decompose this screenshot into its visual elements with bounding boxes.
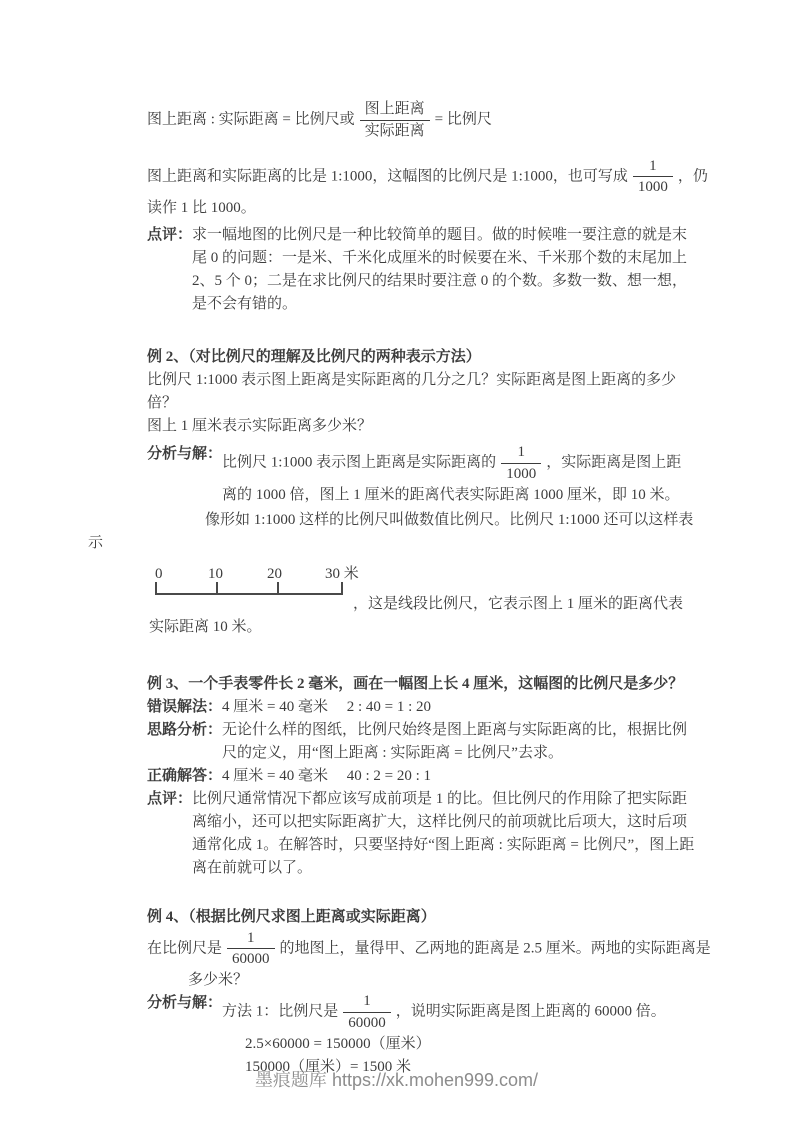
linear-scale-figure: 0 10 20 30 米 ，这是线段比例尺，它表示图上 1 厘米的距离代表 实际… [147, 563, 695, 639]
fraction-denominator: 60000 [343, 1013, 391, 1033]
example3-correct-block: 正确解答： 4 厘米 = 40 毫米 40 : 2 = 20 : 1 [147, 765, 695, 788]
ruler-caption-below: 实际距离 10 米。 [149, 616, 262, 639]
comment-block-1: 点评： 求一幅地图的比例尺是一种比较简单的题目。做的时候唯一要注意的就是末尾 0… [147, 224, 695, 316]
analysis-fraction: 160000 [343, 992, 391, 1033]
calculation-line-1: 2.5×60000 = 150000（厘米） [245, 1033, 695, 1056]
analysis-text: 方法 1：比例尺是160000，说明实际距离是图上距离的 60000 倍。 [222, 992, 695, 1033]
fraction-denominator: 实际距离 [360, 121, 430, 141]
analysis-label: 分析与解： [147, 992, 222, 1015]
analysis-text-before: 方法 1：比例尺是 [222, 1004, 338, 1020]
analysis-text: 比例尺 1:1000 表示图上距离是实际距离的11000，实际距离是图上距离的 … [222, 443, 695, 507]
comment-text: 比例尺通常情况下都应该写成前项是 1 的比。但比例尺的作用除了把实际距离缩小，还… [192, 788, 695, 880]
comment-label: 点评： [147, 788, 192, 811]
thinking-label: 思路分析： [147, 719, 222, 742]
question-fraction: 160000 [227, 929, 275, 970]
intro-line1: 图上距离和实际距离的比是 1:1000，这幅图的比例尺是 1:1000，也可写成… [147, 157, 695, 198]
example2-analysis-block: 分析与解： 比例尺 1:1000 表示图上距离是实际距离的11000，实际距离是… [147, 443, 695, 507]
ruler-baseline [155, 584, 343, 595]
scale-formula-line: 图上距离 : 实际距离 = 比例尺或图上距离实际距离= 比例尺 [147, 100, 695, 141]
formula-fraction: 图上距离实际距离 [360, 100, 430, 141]
fraction-denominator: 1000 [501, 464, 541, 484]
ruler-label-20: 20 [267, 563, 282, 586]
example3-wrong-block: 错误解法： 4 厘米 = 40 毫米 2 : 40 = 1 : 20 [147, 696, 695, 719]
ruler-tick [277, 582, 279, 593]
example4-question-line2: 多少米？ [188, 969, 695, 992]
thinking-text: 无论什么样的图纸，比例尺始终是图上距离与实际距离的比，根据比例尺的定义，用“图上… [222, 719, 695, 765]
example2-question-line2: 图上 1 厘米表示实际距离多少米？ [147, 415, 695, 438]
ruler-tick [155, 582, 157, 593]
analysis-text-after: ，说明实际距离是图上距离的 60000 倍。 [396, 1004, 666, 1020]
comment-label: 点评： [147, 224, 192, 247]
analysis-fraction: 11000 [501, 443, 541, 484]
example4-analysis-block: 分析与解： 方法 1：比例尺是160000，说明实际距离是图上距离的 60000… [147, 992, 695, 1033]
ruler-tick [216, 582, 218, 593]
intro-line2: 读作 1 比 1000。 [147, 197, 695, 220]
example2-heading: 例 2、（对比例尺的理解及比例尺的两种表示方法） [147, 346, 695, 369]
example4-question-line1: 在比例尺是160000的地图上，量得甲、乙两地的距离是 2.5 厘米。两地的实际… [147, 929, 695, 970]
analysis-text-before: 比例尺 1:1000 表示图上距离是实际距离的 [222, 455, 496, 471]
correct-answer-label: 正确解答： [147, 765, 222, 788]
ruler-tick [341, 582, 343, 593]
ruler-labels: 0 10 20 30 米 [155, 563, 343, 584]
fraction-numerator: 1 [633, 157, 673, 178]
analysis-label: 分析与解： [147, 443, 222, 466]
intro-fraction: 11000 [633, 157, 673, 198]
fraction-denominator: 60000 [227, 949, 275, 969]
formula-text-before: 图上距离 : 实际距离 = 比例尺或 [147, 112, 355, 128]
fraction-numerator: 1 [501, 443, 541, 464]
correct-answer-text: 4 厘米 = 40 毫米 40 : 2 = 20 : 1 [222, 765, 695, 788]
comment-block-2: 点评： 比例尺通常情况下都应该写成前项是 1 的比。但比例尺的作用除了把实际距离… [147, 788, 695, 880]
numeric-scale-note-line: 像形如 1:1000 这样的比例尺叫做数值比例尺。比例尺 1:1000 还可以这… [205, 509, 695, 532]
example3-section: 例 3、一个手表零件长 2 毫米，画在一幅图上长 4 厘米，这幅图的比例尺是多少… [147, 673, 695, 880]
example2-question-line1: 比例尺 1:1000 表示图上距离是实际距离的几分之几？实际距离是图上距离的多少… [147, 369, 695, 415]
page-footer-watermark: 墨痕题库 https://xk.mohen999.com/ [0, 1066, 793, 1092]
example3-heading: 例 3、一个手表零件长 2 毫米，画在一幅图上长 4 厘米，这幅图的比例尺是多少… [147, 673, 695, 696]
ruler-caption-right: ，这是线段比例尺，它表示图上 1 厘米的距离代表 [353, 593, 683, 616]
question-text-after: 的地图上，量得甲、乙两地的距离是 2.5 厘米。两地的实际距离是 [280, 940, 711, 956]
question-text-before: 在比例尺是 [147, 940, 222, 956]
example3-analysis-block: 思路分析： 无论什么样的图纸，比例尺始终是图上距离与实际距离的比，根据比例尺的定… [147, 719, 695, 765]
comment-text: 求一幅地图的比例尺是一种比较简单的题目。做的时候唯一要注意的就是末尾 0 的问题… [192, 224, 695, 316]
fraction-numerator: 1 [343, 992, 391, 1013]
fraction-numerator: 1 [227, 929, 275, 950]
wrong-method-label: 错误解法： [147, 696, 222, 719]
intro-text-after: ，仍 [678, 168, 708, 184]
formula-text-after: = 比例尺 [435, 112, 492, 128]
intro-text-before: 图上距离和实际距离的比是 1:1000，这幅图的比例尺是 1:1000，也可写成 [147, 168, 628, 184]
note-wrap-char: 示 [88, 532, 695, 555]
fraction-denominator: 1000 [633, 177, 673, 197]
linear-scale-ruler: 0 10 20 30 米 [155, 563, 343, 595]
worksheet-page: 图上距离 : 实际距离 = 比例尺或图上距离实际距离= 比例尺 图上距离和实际距… [0, 0, 793, 1122]
wrong-method-text: 4 厘米 = 40 毫米 2 : 40 = 1 : 20 [222, 696, 695, 719]
document-content: 图上距离 : 实际距离 = 比例尺或图上距离实际距离= 比例尺 图上距离和实际距… [147, 100, 695, 1079]
fraction-numerator: 图上距离 [360, 100, 430, 121]
example4-heading: 例 4、（根据比例尺求图上距离或实际距离） [147, 906, 695, 929]
